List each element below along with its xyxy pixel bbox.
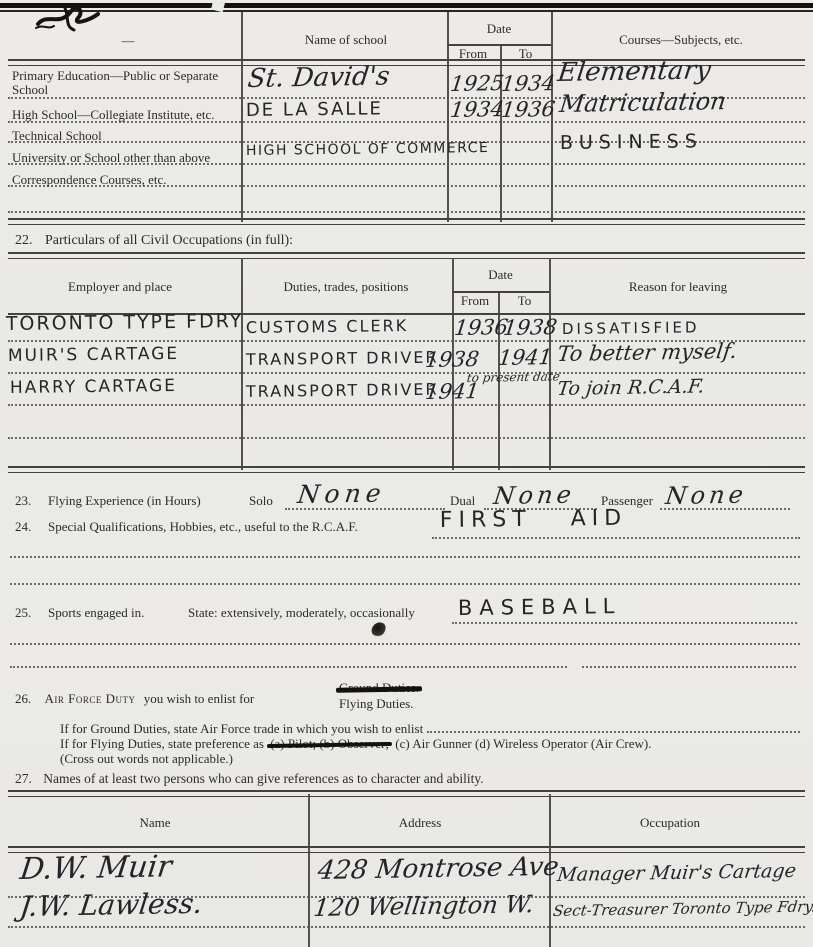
column-header-duties: Duties, trades, positions (251, 280, 441, 294)
employer-value: Toronto Type Fdry (6, 310, 244, 335)
ground-duties-line: If for Ground Duties, state Air Force tr… (60, 721, 802, 736)
question-title: Names of at least two persons who can gi… (43, 771, 483, 786)
dotted-leader (427, 731, 800, 733)
cross-out-note: (Cross out words not applicable.) (60, 751, 802, 766)
option-ground-duties: Ground Duties. (339, 681, 419, 695)
row-rule (8, 926, 805, 928)
column-header-name: Name (60, 816, 250, 830)
date-to-value: 1934 (500, 71, 557, 96)
occupation-table: Employer and place Duties, trades, posit… (0, 258, 813, 472)
question-25-sublabel: State: extensively, moderately, occasion… (188, 606, 415, 620)
row-label-correspondence: Correspondence Courses, etc. (12, 173, 167, 187)
row-rule (8, 437, 805, 439)
question-27-heading: 27. Names of at least two persons who ca… (15, 772, 484, 786)
date-from-value: 1934 (449, 97, 506, 122)
blank-line (10, 583, 800, 585)
column-header-dash: — (98, 34, 158, 48)
column-divider (241, 12, 243, 222)
courses-value: Business (560, 130, 703, 154)
table-bottom-rule (8, 466, 805, 473)
scanned-enlistment-form: — Name of school Date From To Courses—Su… (0, 0, 813, 947)
column-header-school: Name of school (251, 33, 441, 47)
column-header-to: To (502, 47, 549, 61)
date-to-value: 1936 (500, 97, 557, 122)
reason-value: To join R.C.A.F. (556, 375, 706, 400)
dual-label: Dual (450, 494, 475, 508)
column-header-from: From (449, 47, 497, 61)
question-24-number: 24. (15, 520, 31, 534)
solo-value: None (296, 478, 388, 509)
question-26-instructions: If for Ground Duties, state Air Force tr… (60, 721, 802, 766)
question-25-number: 25. (15, 606, 31, 620)
air-force-duty-label: Air Force Duty (45, 691, 136, 706)
column-divider (308, 794, 310, 947)
row-label-primary-education: Primary Education—Public or Separate Sch… (12, 69, 244, 97)
table-bottom-rule (8, 218, 805, 225)
question-number: 22. (15, 233, 33, 248)
duties-value: Transport Driver (246, 380, 439, 401)
references-table: Name Address Occupation D.W. Muir 428 Mo… (0, 794, 813, 947)
reference-name-value: D.W. Muir (18, 849, 174, 887)
column-header-date: Date (452, 268, 549, 282)
date-to-value: 1941 (497, 345, 554, 370)
row-rule (8, 211, 805, 213)
duties-value: Transport Driver (246, 348, 439, 369)
row-label-technical-school: Technical School (12, 129, 102, 143)
education-table: — Name of school Date From To Courses—Su… (0, 12, 813, 224)
blank-line (10, 556, 800, 558)
blank-line (10, 643, 800, 645)
flying-duties-rest: (c) Air Gunner (d) Wireless Operator (Ai… (395, 736, 651, 751)
sports-value: Baseball (458, 594, 622, 620)
row-label-university: University or School other than above (12, 151, 210, 165)
date-to-value: to present date (466, 371, 546, 385)
passenger-value: None (664, 481, 749, 510)
column-header-date: Date (447, 22, 551, 36)
date-from-value: 1936 (453, 315, 510, 340)
school-name-value: High School of Commerce (246, 140, 490, 159)
column-header-from: From (452, 294, 498, 308)
column-header-courses: Courses—Subjects, etc. (556, 33, 806, 47)
reason-value: To better myself. (556, 339, 738, 366)
question-22-heading: 22. Particulars of all Civil Occupations… (15, 234, 293, 248)
reference-address-value: 120 Wellington W. (312, 890, 535, 922)
courses-value: Matriculation (558, 87, 728, 118)
employer-value: Muir's Cartage (8, 344, 179, 366)
solo-label: Solo (249, 494, 273, 508)
reference-occupation-value: Sect-Treasurer Toronto Type Fdry. (552, 897, 813, 920)
blank-line (582, 666, 796, 668)
school-name-value: De La Salle (246, 98, 383, 121)
question-number: 26. (15, 691, 31, 706)
column-header-to: To (500, 294, 549, 308)
ground-duties-text: If for Ground Duties, state Air Force tr… (60, 721, 423, 736)
flying-duties-line: If for Flying Duties, state preference a… (60, 736, 802, 751)
row-label-high-school: High School—Collegiate Institute, etc. (12, 108, 215, 122)
question-number: 27. (15, 771, 32, 786)
column-header-employer: Employer and place (20, 280, 220, 294)
reference-name-value: J.W. Lawless. (18, 887, 205, 923)
row-rule (8, 404, 805, 406)
question-25-label: Sports engaged in. (48, 606, 144, 620)
struck-text: Ground Duties. (339, 681, 419, 695)
column-header-address: Address (330, 816, 510, 830)
special-qualifications-value: First Aid (440, 506, 628, 533)
blank-line (10, 666, 567, 668)
duties-value: Customs Clerk (246, 316, 408, 337)
reference-address-value: 428 Montrose Ave (316, 852, 560, 886)
struck-text: (a) Pilot; (b) Observer; (270, 736, 389, 751)
question-title: Particulars of all Civil Occupations (in… (45, 233, 293, 248)
reference-occupation-value: Manager Muir's Cartage (556, 860, 797, 886)
date-to-value: 1938 (502, 315, 559, 340)
row-rule (8, 372, 805, 374)
courses-value: Elementary (556, 55, 713, 88)
question-26-heading: 26. Air Force Duty you wish to enlist fo… (15, 692, 254, 706)
option-flying-duties: Flying Duties. (339, 697, 413, 711)
question-26-label-rest: you wish to enlist for (144, 691, 255, 706)
flying-duties-prefix: If for Flying Duties, state preference a… (60, 736, 264, 751)
column-header-occupation: Occupation (570, 816, 770, 830)
column-header-reason: Reason for leaving (558, 280, 798, 294)
reason-value: Dissatisfied (562, 318, 700, 338)
school-name-value: St. David's (246, 62, 391, 94)
answer-line (452, 622, 797, 624)
question-23-label: Flying Experience (in Hours) (48, 494, 201, 508)
date-from-value: 1938 (424, 347, 481, 372)
answer-line (432, 537, 800, 539)
employer-value: Harry Cartage (10, 376, 177, 398)
scan-edge-bar (0, 3, 813, 8)
ink-smudge (370, 620, 387, 639)
question-24-label: Special Qualifications, Hobbies, etc., u… (48, 520, 358, 534)
question-23-number: 23. (15, 494, 31, 508)
date-from-value: 1925 (449, 71, 506, 96)
